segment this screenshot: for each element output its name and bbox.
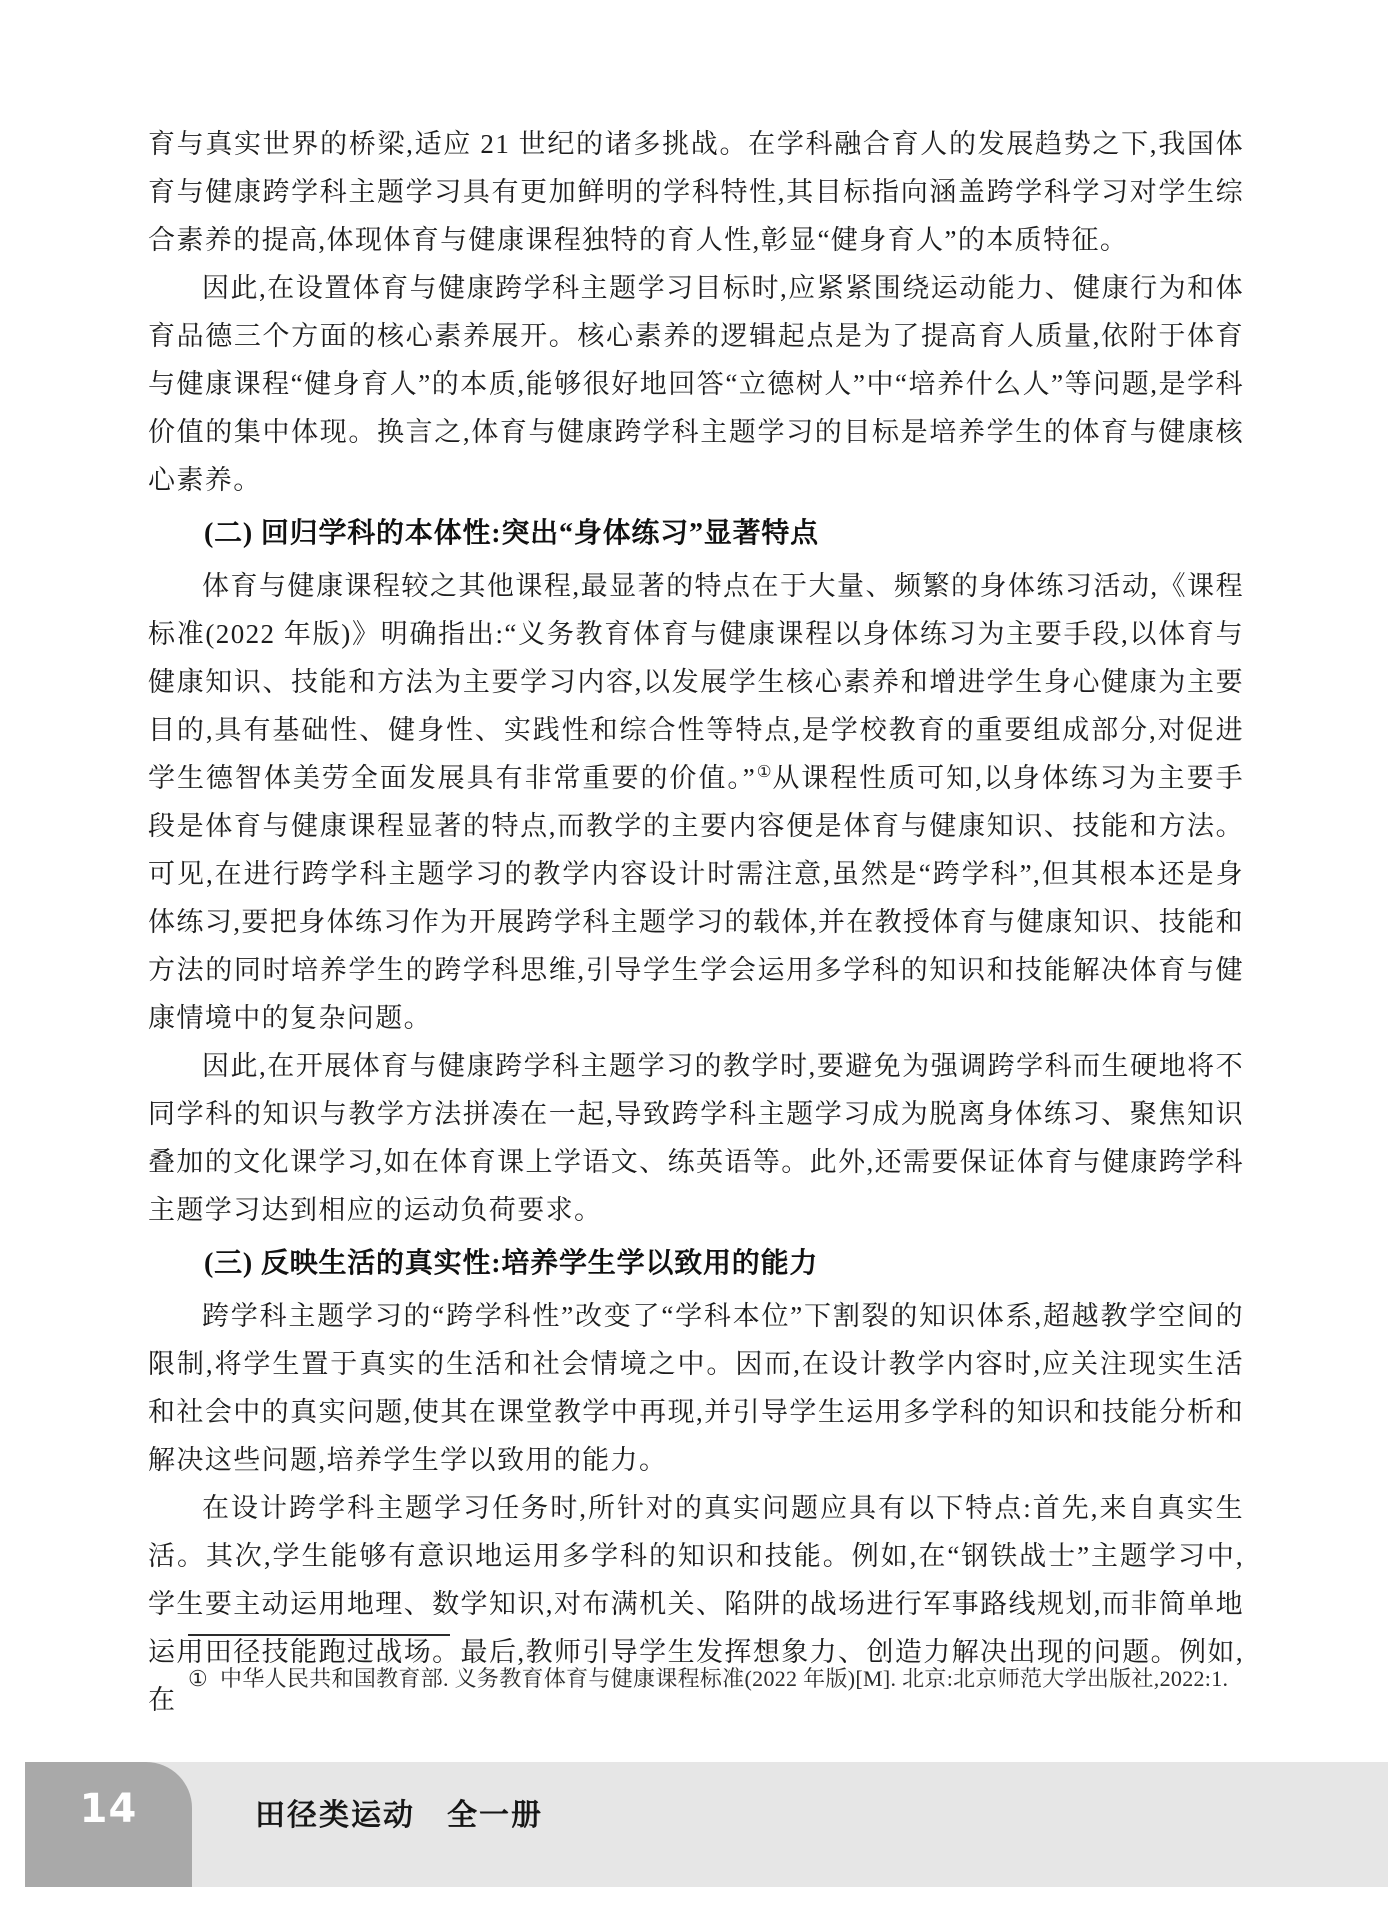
footnote-area: ①中华人民共和国教育部. 义务教育体育与健康课程标准(2022 年版)[M]. … xyxy=(148,1634,1264,1694)
footnote-separator xyxy=(188,1634,450,1636)
section-heading: (二) 回归学科的本体性:突出“身体练习”显著特点 xyxy=(148,510,1244,558)
section-heading: (三) 反映生活的真实性:培养学生学以致用的能力 xyxy=(148,1240,1244,1288)
body-paragraph: 因此,在开展体育与健康跨学科主题学习的教学时,要避免为强调跨学科而生硬地将不同学… xyxy=(148,1042,1244,1234)
book-page: 育与真实世界的桥梁,适应 21 世纪的诸多挑战。在学科融合育人的发展趋势之下,我… xyxy=(0,0,1388,1917)
footer-bar: 14 田径类运动 全一册 xyxy=(25,1762,1388,1887)
page-body: 育与真实世界的桥梁,适应 21 世纪的诸多挑战。在学科融合育人的发展趋势之下,我… xyxy=(148,120,1244,1724)
footnote-marker: ① xyxy=(188,1666,208,1691)
footnote: ①中华人民共和国教育部. 义务教育体育与健康课程标准(2022 年版)[M]. … xyxy=(148,1664,1264,1694)
body-paragraph: 体育与健康课程较之其他课程,最显著的特点在于大量、频繁的身体练习活动,《课程标准… xyxy=(148,562,1244,1042)
body-paragraph: 因此,在设置体育与健康跨学科主题学习目标时,应紧紧围绕运动能力、健康行为和体育品… xyxy=(148,264,1244,504)
body-paragraph: 跨学科主题学习的“跨学科性”改变了“学科本位”下割裂的知识体系,超越教学空间的限… xyxy=(148,1292,1244,1484)
footnote-reference-mark: ① xyxy=(756,762,772,781)
footnote-text: 中华人民共和国教育部. 义务教育体育与健康课程标准(2022 年版)[M]. 北… xyxy=(220,1666,1228,1691)
footer-book-title: 田径类运动 全一册 xyxy=(255,1800,543,1832)
body-paragraph: 育与真实世界的桥梁,适应 21 世纪的诸多挑战。在学科融合育人的发展趋势之下,我… xyxy=(148,120,1244,264)
page-number: 14 xyxy=(25,1788,192,1830)
page-number-block: 14 xyxy=(25,1762,192,1887)
